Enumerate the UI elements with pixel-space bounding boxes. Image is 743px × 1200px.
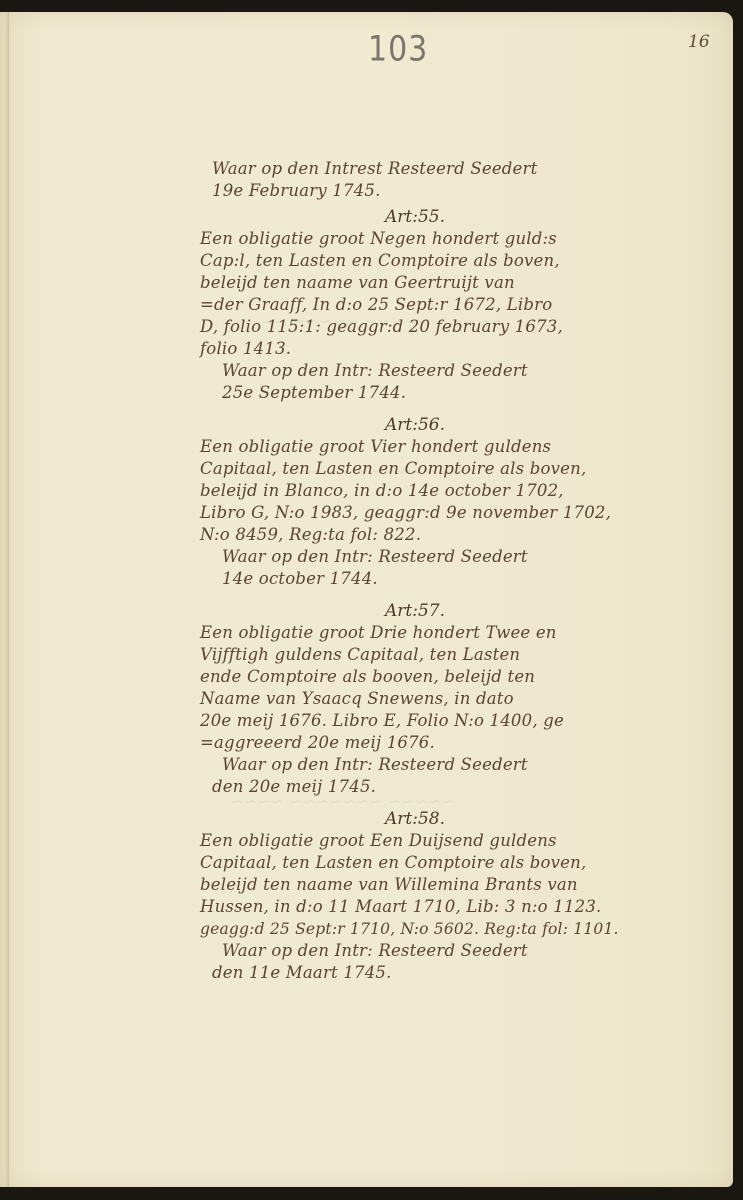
text-line: Libro G, N:o 1983, geaggr:d 9e november … <box>200 502 590 524</box>
article-heading: Art:55. <box>200 202 590 228</box>
article-heading: Art:58. <box>200 804 590 830</box>
text-line: Capitaal, ten Lasten en Comptoire als bo… <box>200 852 590 874</box>
pencil-page-number: 103 <box>368 29 428 69</box>
text-line: 20e meij 1676. Libro E, Folio N:o 1400, … <box>200 710 590 732</box>
text-line: beleijd in Blanco, in d:o 14e october 17… <box>200 480 590 502</box>
interest-line: den 20e meij 1745. <box>200 776 590 798</box>
interest-line: Waar op den Intr: Resteerd Seedert <box>200 754 590 776</box>
text-line: Vijfftigh guldens Capitaal, ten Lasten <box>200 644 590 666</box>
text-line: N:o 8459, Reg:ta fol: 822. <box>200 524 590 546</box>
article-heading: Art:56. <box>200 410 590 436</box>
text-line: Een obligatie groot Een Duijsend guldens <box>200 830 590 852</box>
text-line: Een obligatie groot Negen hondert guld:s <box>200 228 590 250</box>
text-line: Waar op den Intrest Resteerd Seedert <box>200 158 590 180</box>
folio-number: 16 <box>688 32 710 52</box>
text-line: Een obligatie groot Vier hondert guldens <box>200 436 590 458</box>
interest-line: Waar op den Intr: Resteerd Seedert <box>200 546 590 568</box>
text-line: Naame van Ysaacq Snewens, in dato <box>200 688 590 710</box>
text-line: =aggreeerd 20e meij 1676. <box>200 732 590 754</box>
interest-line: Waar op den Intr: Resteerd Seedert <box>200 360 590 382</box>
text-line: beleijd ten naame van Willemina Brants v… <box>200 874 590 896</box>
text-line: beleijd ten naame van Geertruijt van <box>200 272 590 294</box>
text-line: 19e February 1745. <box>200 180 590 202</box>
interest-line: Waar op den Intr: Resteerd Seedert <box>200 940 590 962</box>
text-line: geagg:d 25 Sept:r 1710, N:o 5602. Reg:ta… <box>200 918 590 940</box>
article-heading: Art:57. <box>200 596 590 622</box>
text-line: Hussen, in d:o 11 Maart 1710, Lib: 3 n:o… <box>200 896 590 918</box>
text-line: ende Comptoire als booven, beleijd ten <box>200 666 590 688</box>
text-line: D, folio 115:1: geaggr:d 20 february 167… <box>200 316 590 338</box>
text-line: Een obligatie groot Drie hondert Twee en <box>200 622 590 644</box>
interest-line: 14e october 1744. <box>200 568 590 590</box>
handwritten-text-block: Waar op den Intrest Resteerd Seedert 19e… <box>200 158 590 984</box>
text-line: Cap:l, ten Lasten en Comptoire als boven… <box>200 250 590 272</box>
text-line: =der Graaff, In d:o 25 Sept:r 1672, Libr… <box>200 294 590 316</box>
text-line: Capitaal, ten Lasten en Comptoire als bo… <box>200 458 590 480</box>
interest-line: den 11e Maart 1745. <box>200 962 590 984</box>
interest-line: 25e September 1744. <box>200 382 590 404</box>
binding-gutter-line <box>6 12 9 1187</box>
text-line: folio 1413. <box>200 338 590 360</box>
